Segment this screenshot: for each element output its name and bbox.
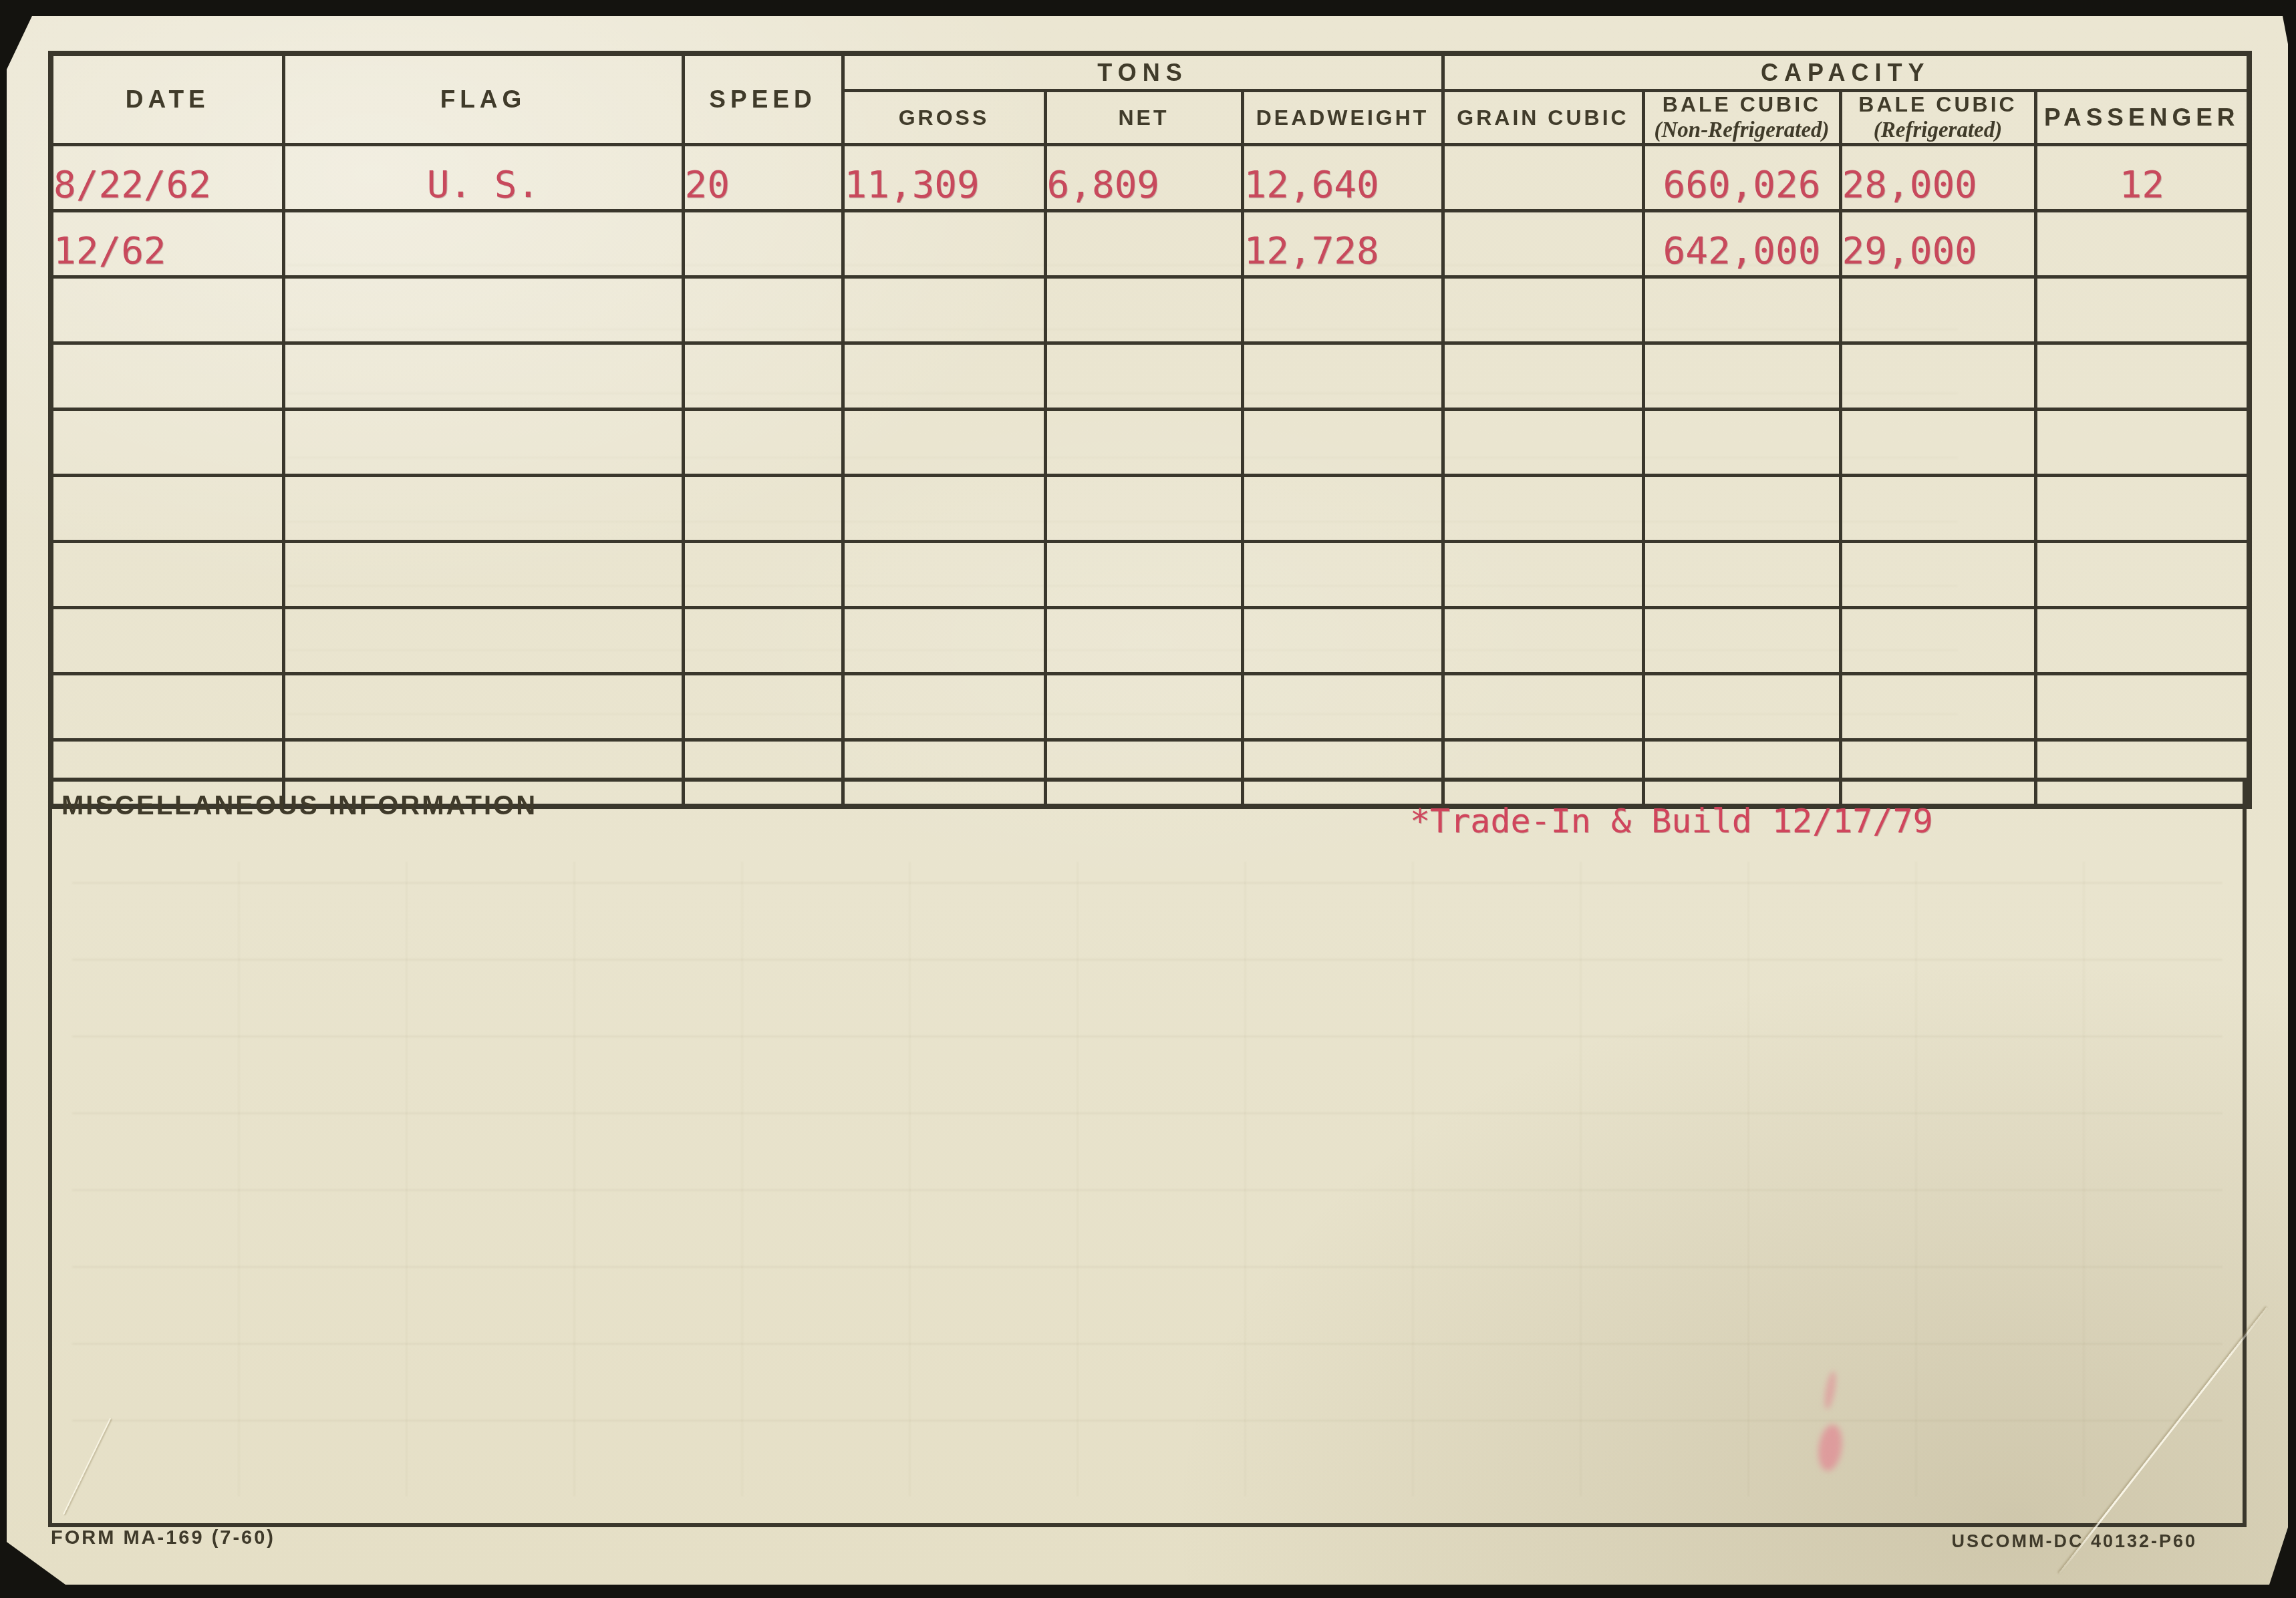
empty-cell <box>2035 608 2249 674</box>
bale-nr-line2: (Non-Refrigerated) <box>1645 118 1839 143</box>
col-header-gross: GROSS <box>843 91 1045 145</box>
scanned-document: DATE FLAG SPEED TONS CAPACITY GROSS NET … <box>0 0 2296 1598</box>
cell-deadweight: 12,640 <box>1242 145 1443 211</box>
col-header-deadweight: DEADWEIGHT <box>1242 91 1443 145</box>
value-bale-non-refrigerated: 660,026 <box>1663 163 1821 206</box>
empty-cell <box>2035 343 2249 410</box>
empty-cell <box>2035 476 2249 542</box>
cell-gross: 11,309 <box>843 145 1045 211</box>
empty-cell <box>2035 674 2249 740</box>
empty-cell <box>51 542 283 608</box>
group-header-capacity: CAPACITY <box>1443 53 2249 91</box>
value-date: 8/22/62 <box>53 163 211 206</box>
empty-cell <box>51 476 283 542</box>
bleed-through-texture <box>72 862 2222 1496</box>
table-row-1: 8/22/62 U. S. 20 11,309 6,809 12,640 660… <box>51 145 2249 211</box>
empty-cell <box>51 277 283 343</box>
group-header-tons: TONS <box>843 53 1443 91</box>
col-header-bale-refrigerated: BALE CUBIC (Refrigerated) <box>1840 91 2035 145</box>
empty-cell <box>51 674 283 740</box>
cell-bale-non-refrigerated: 660,026 <box>1643 145 1840 211</box>
cell-grain-cubic <box>1443 145 1643 211</box>
form-number: FORM MA-169 (7-60) <box>51 1527 275 1549</box>
header-row-groups: DATE FLAG SPEED TONS CAPACITY <box>51 53 2249 91</box>
cell-net: 6,809 <box>1045 145 1242 211</box>
col-header-grain-cubic: GRAIN CUBIC <box>1443 91 1643 145</box>
cell-date: 8/22/62 <box>51 145 283 211</box>
bale-nr-line1: BALE CUBIC <box>1663 92 1821 116</box>
miscellaneous-information-box: MISCELLANEOUS INFORMATION *Trade-In & Bu… <box>48 778 2247 1527</box>
col-header-date: DATE <box>51 53 283 145</box>
cell-passenger <box>2035 211 2249 277</box>
col-header-passenger: PASSENGER <box>2035 91 2249 145</box>
empty-cell <box>51 343 283 410</box>
cell-speed: 20 <box>683 145 843 211</box>
col-header-bale-non-refrigerated: BALE CUBIC (Non-Refrigerated) <box>1643 91 1840 145</box>
value-speed: 20 <box>685 163 730 206</box>
value-gross: 11,309 <box>845 163 980 206</box>
empty-cell <box>51 608 283 674</box>
cell-passenger: 12 <box>2035 145 2249 211</box>
empty-cell <box>2035 410 2249 476</box>
col-header-speed: SPEED <box>683 53 843 145</box>
miscellaneous-information-label: MISCELLANEOUS INFORMATION <box>61 791 537 821</box>
bleed-through-texture-upper <box>287 223 1958 778</box>
empty-cell <box>2035 542 2249 608</box>
value-date: 12/62 <box>53 229 166 273</box>
trade-in-annotation: *Trade-In & Build 12/17/79 <box>1410 802 1933 840</box>
bale-r-line2: (Refrigerated) <box>1842 118 2034 143</box>
cell-flag: U. S. <box>283 145 683 211</box>
bale-r-line1: BALE CUBIC <box>1858 92 2017 116</box>
empty-cell <box>2035 277 2249 343</box>
value-flag: U. S. <box>427 163 540 206</box>
col-header-net: NET <box>1045 91 1242 145</box>
value-passenger: 12 <box>2120 163 2164 206</box>
cell-date: 12/62 <box>51 211 283 277</box>
paper-sheet: DATE FLAG SPEED TONS CAPACITY GROSS NET … <box>7 16 2288 1585</box>
value-deadweight: 12,640 <box>1244 163 1379 206</box>
col-header-flag: FLAG <box>283 53 683 145</box>
value-net: 6,809 <box>1047 163 1160 206</box>
value-bale-refrigerated: 28,000 <box>1842 163 1977 206</box>
print-code: USCOMM-DC 40132-P60 <box>1951 1531 2197 1552</box>
empty-cell <box>51 410 283 476</box>
cell-bale-refrigerated: 28,000 <box>1840 145 2035 211</box>
